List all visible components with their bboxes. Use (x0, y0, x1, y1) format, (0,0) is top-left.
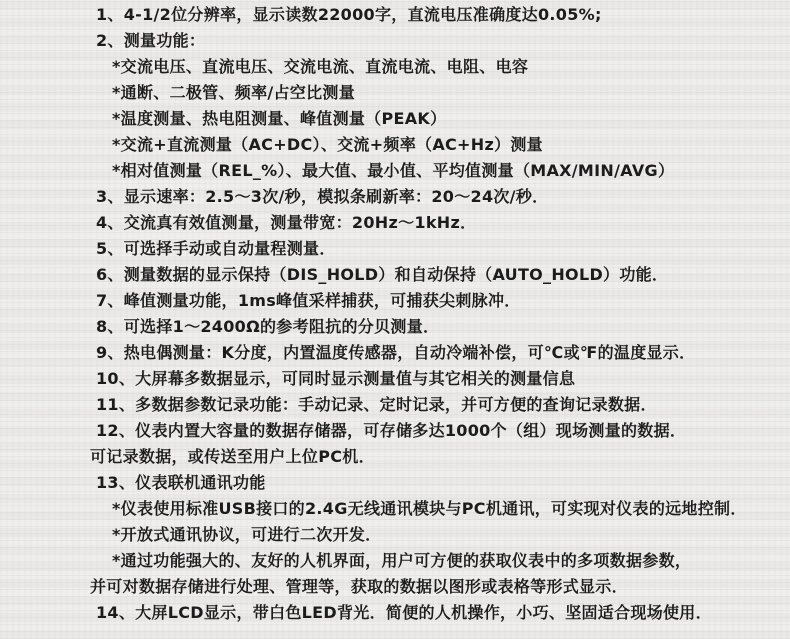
spec-line-rel-max-min-avg: *相对值测量（REL_%）、最大值、最小值、平均值测量（MAX/MIN/AVG） (0, 158, 790, 184)
spec-line-ui-params-cont: 并可对数据存储进行处理、管理等，获取的数据以图形或表格等形式显示． (0, 574, 790, 600)
spec-line-storage-cont: 可记录数据，或传送至用户上位PC机． (0, 444, 790, 470)
document-page: 1、4-1/2位分辨率，显示读数22000字，直流电压准确度达0.05%; 2、… (0, 0, 790, 639)
spec-line-voltage-current: *交流电压、直流电压、交流电流、直流电流、电阻、电容 (0, 54, 790, 80)
spec-line-ac-dc-freq: *交流+直流测量（AC+DC）、交流+频率（AC+Hz）测量 (0, 132, 790, 158)
spec-line-open-protocol: *开放式通讯协议，可进行二次开发． (0, 522, 790, 548)
spec-line-peak-capture: 7、峰值测量功能，1ms峰值采样捕获，可捕获尖刺脉冲． (0, 288, 790, 314)
spec-line-functions-header: 2、测量功能： (0, 28, 790, 54)
spec-line-usb-wireless: *仪表使用标准USB接口的2.4G无线通讯模块与PC机通讯，可实现对仪表的远地控… (0, 496, 790, 522)
spec-line-continuity-diode: *通断、二极管、频率/占空比测量 (0, 80, 790, 106)
spec-line-resolution: 1、4-1/2位分辨率，显示读数22000字，直流电压准确度达0.05%; (0, 2, 790, 28)
spec-line-range-mode: 5、可选择手动或自动量程测量． (0, 236, 790, 262)
spec-line-record-function: 11、多数据参数记录功能：手动记录、定时记录，并可方便的查询记录数据． (0, 392, 790, 418)
spec-line-true-rms: 4、交流真有效值测量，测量带宽：20Hz～1kHz． (0, 210, 790, 236)
spec-line-display-rate: 3、显示速率：2.5～3次/秒，模拟条刷新率：20～24次/秒． (0, 184, 790, 210)
spec-line-db-measure: 8、可选择1～2400Ω的参考阻抗的分贝测量． (0, 314, 790, 340)
spec-list: 1、4-1/2位分辨率，显示读数22000字，直流电压准确度达0.05%; 2、… (0, 2, 790, 626)
spec-line-lcd-display: 14、大屏LCD显示，带白色LED背光．简便的人机操作，小巧、坚固适合现场使用． (0, 600, 790, 626)
spec-line-temperature-peak: *温度测量、热电阻测量、峰值测量（PEAK） (0, 106, 790, 132)
spec-line-ui-params: *通过功能强大的、友好的人机界面，用户可方便的获取仪表中的多项数据参数， (0, 548, 790, 574)
spec-line-multi-display: 10、大屏幕多数据显示，可同时显示测量值与其它相关的测量信息 (0, 366, 790, 392)
spec-line-thermocouple: 9、热电偶测量：K分度，内置温度传感器，自动冷端补偿，可℃或℉的温度显示． (0, 340, 790, 366)
spec-line-data-storage: 12、仪表内置大容量的数据存储器，可存储多达1000个（组）现场测量的数据． (0, 418, 790, 444)
spec-line-hold-functions: 6、测量数据的显示保持（DIS_HOLD）和自动保持（AUTO_HOLD）功能． (0, 262, 790, 288)
spec-line-comm-header: 13、仪表联机通讯功能 (0, 470, 790, 496)
